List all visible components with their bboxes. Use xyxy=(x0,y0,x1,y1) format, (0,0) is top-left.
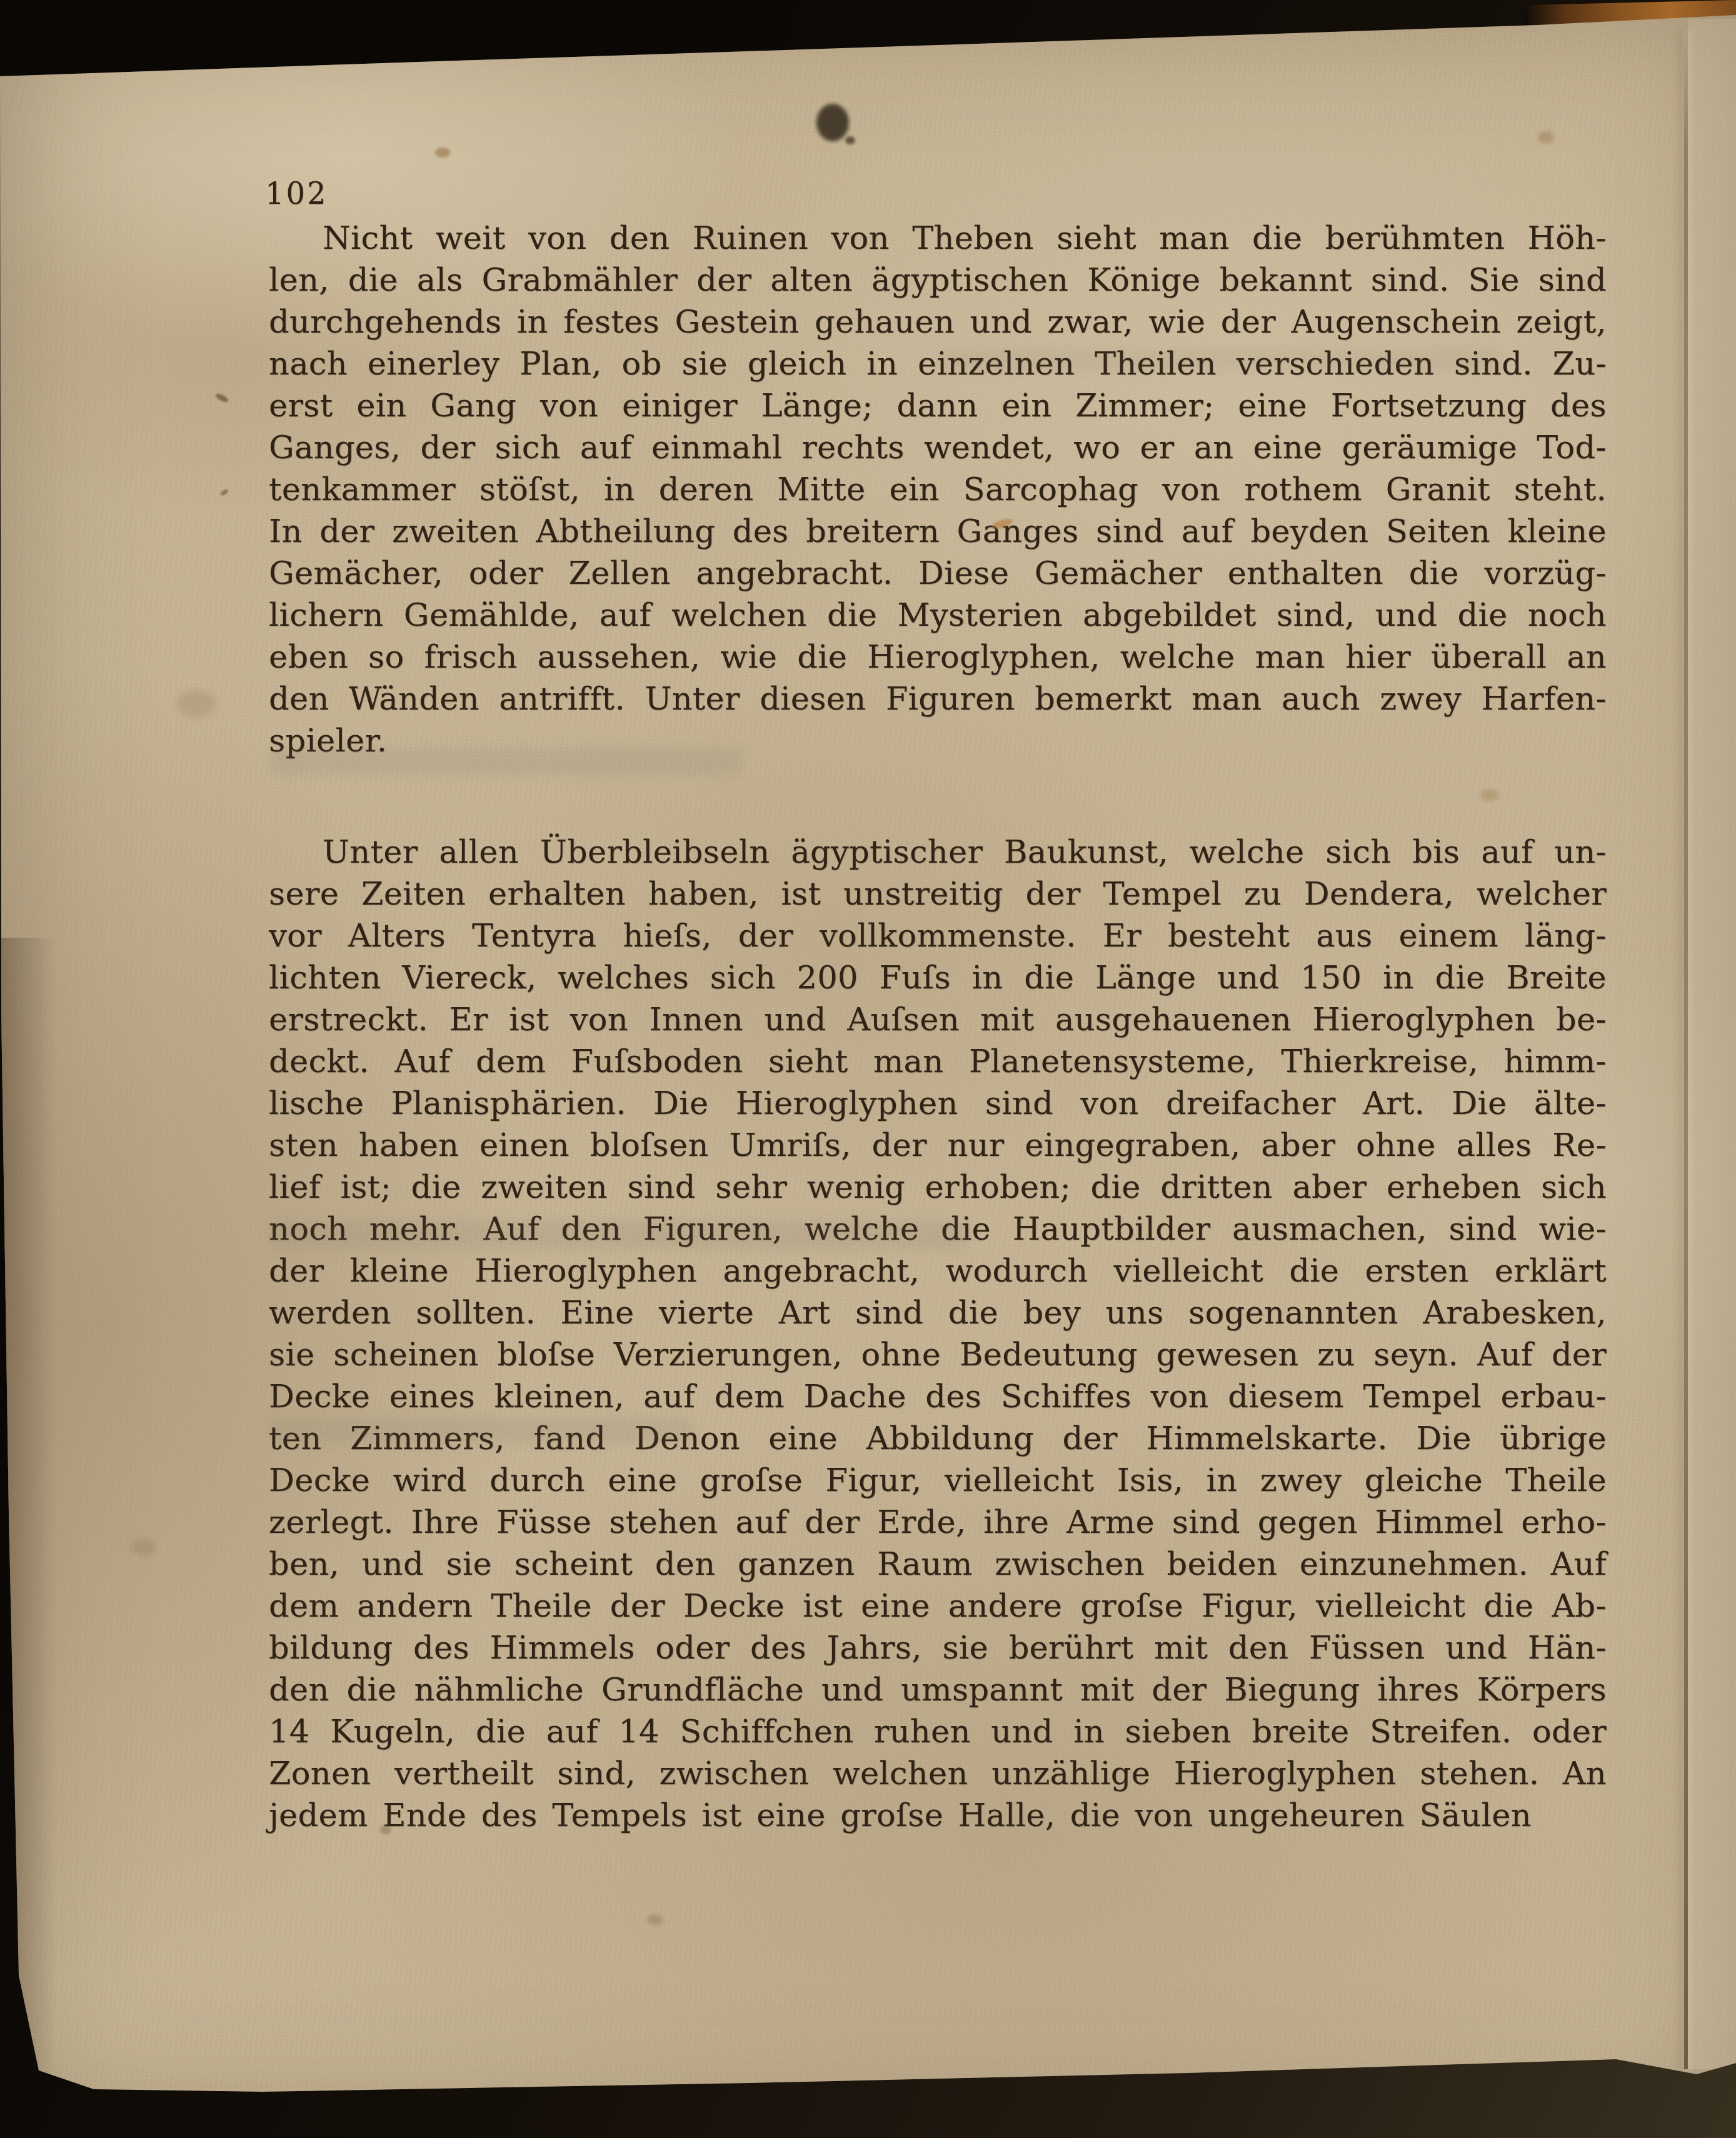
text-line: lichten Viereck, welches sich 200 Fuſs i… xyxy=(269,957,1607,999)
text-line: spieler. xyxy=(269,720,1607,762)
stain xyxy=(214,392,229,403)
text-line: Gemächer, oder Zellen angebracht. Diese … xyxy=(269,553,1607,595)
paper: 102 Nicht weit von den Ruinen von Theben… xyxy=(0,0,1736,2138)
text-line: der kleine Hieroglyphen angebracht, wodu… xyxy=(269,1250,1607,1292)
text-block: Nicht weit von den Ruinen von Theben sie… xyxy=(269,218,1607,1837)
text-line: werden sollten. Eine vierte Art sind die… xyxy=(269,1292,1607,1334)
text-line: Nicht weit von den Ruinen von Theben sie… xyxy=(269,218,1607,259)
text-line: nach einerley Plan, ob sie gleich in ein… xyxy=(269,343,1607,385)
paragraph: Unter allen Überbleibseln ägyptischer Ba… xyxy=(269,831,1607,1837)
text-line: sten haben einen bloſsen Umriſs, der nur… xyxy=(269,1125,1607,1167)
scan-root: { "page": { "number": "102", "paragraphs… xyxy=(0,0,1736,2138)
stain xyxy=(219,488,229,497)
paragraph: Nicht weit von den Ruinen von Theben sie… xyxy=(269,218,1607,762)
text-line: jedem Ende des Tempels ist eine groſse H… xyxy=(269,1795,1607,1837)
text-line: erstreckt. Er ist von Innen und Auſsen m… xyxy=(269,999,1607,1041)
text-line: Decke eines kleinen, auf dem Dache des S… xyxy=(269,1376,1607,1418)
stain xyxy=(1538,131,1554,144)
stain xyxy=(176,690,216,716)
text-line: sie scheinen bloſse Verzierungen, ohne B… xyxy=(269,1334,1607,1376)
text-line: Ganges, der sich auf einmahl rechts wend… xyxy=(269,427,1607,469)
text-line: eben so frisch aussehen, wie die Hierogl… xyxy=(269,636,1607,678)
text-line: vor Alters Tentyra hieſs, der vollkommen… xyxy=(269,915,1607,957)
text-line: den Wänden antrifft. Unter diesen Figure… xyxy=(269,678,1607,720)
text-line: sere Zeiten erhalten haben, ist unstreit… xyxy=(269,873,1607,915)
text-line: In der zweiten Abtheilung des breitern G… xyxy=(269,511,1607,553)
text-line: len, die als Grabmähler der alten ägypti… xyxy=(269,259,1607,301)
text-line: lische Planisphärien. Die Hieroglyphen s… xyxy=(269,1083,1607,1125)
text-line: Decke wird durch eine groſse Figur, viel… xyxy=(269,1460,1607,1502)
text-line: zerlegt. Ihre Füsse stehen auf der Erde,… xyxy=(269,1502,1607,1543)
text-line: bildung des Himmels oder des Jahrs, sie … xyxy=(269,1627,1607,1669)
ink-spot xyxy=(845,136,855,144)
left-edge-shadow xyxy=(0,938,56,2125)
book-page-scan: 102 Nicht weit von den Ruinen von Theben… xyxy=(0,0,1736,2138)
text-line: tenkammer stöſst, in deren Mitte ein Sar… xyxy=(269,469,1607,511)
text-line: noch mehr. Auf den Figuren, welche die H… xyxy=(269,1208,1607,1250)
stain xyxy=(647,1914,663,1925)
stain xyxy=(435,148,450,158)
text-line: durchgehends in festes Gestein gehauen u… xyxy=(269,301,1607,343)
page-number: 102 xyxy=(265,176,328,211)
page-crease xyxy=(1684,31,1688,2069)
ink-blot xyxy=(816,104,849,141)
text-line: Zonen vertheilt sind, zwischen welchen u… xyxy=(269,1753,1607,1795)
text-line: deckt. Auf dem Fuſsboden sieht man Plane… xyxy=(269,1041,1607,1083)
text-line: den die nähmliche Grundfläche und umspan… xyxy=(269,1669,1607,1711)
page-edge-strip xyxy=(1688,19,1736,2069)
text-line: 14 Kugeln, die auf 14 Schiffchen ruhen u… xyxy=(269,1711,1607,1753)
text-line: erst ein Gang von einiger Länge; dann ei… xyxy=(269,385,1607,427)
stain xyxy=(131,1539,156,1555)
text-line: ten Zimmers, fand Denon eine Abbildung d… xyxy=(269,1418,1607,1460)
text-line: Unter allen Überbleibseln ägyptischer Ba… xyxy=(269,831,1607,873)
text-line: lief ist; die zweiten sind sehr wenig er… xyxy=(269,1167,1607,1208)
text-line: dem andern Theile der Decke ist eine and… xyxy=(269,1585,1607,1627)
text-line: ben, und sie scheint den ganzen Raum zwi… xyxy=(269,1543,1607,1585)
text-line: lichern Gemählde, auf welchen die Myster… xyxy=(269,595,1607,636)
